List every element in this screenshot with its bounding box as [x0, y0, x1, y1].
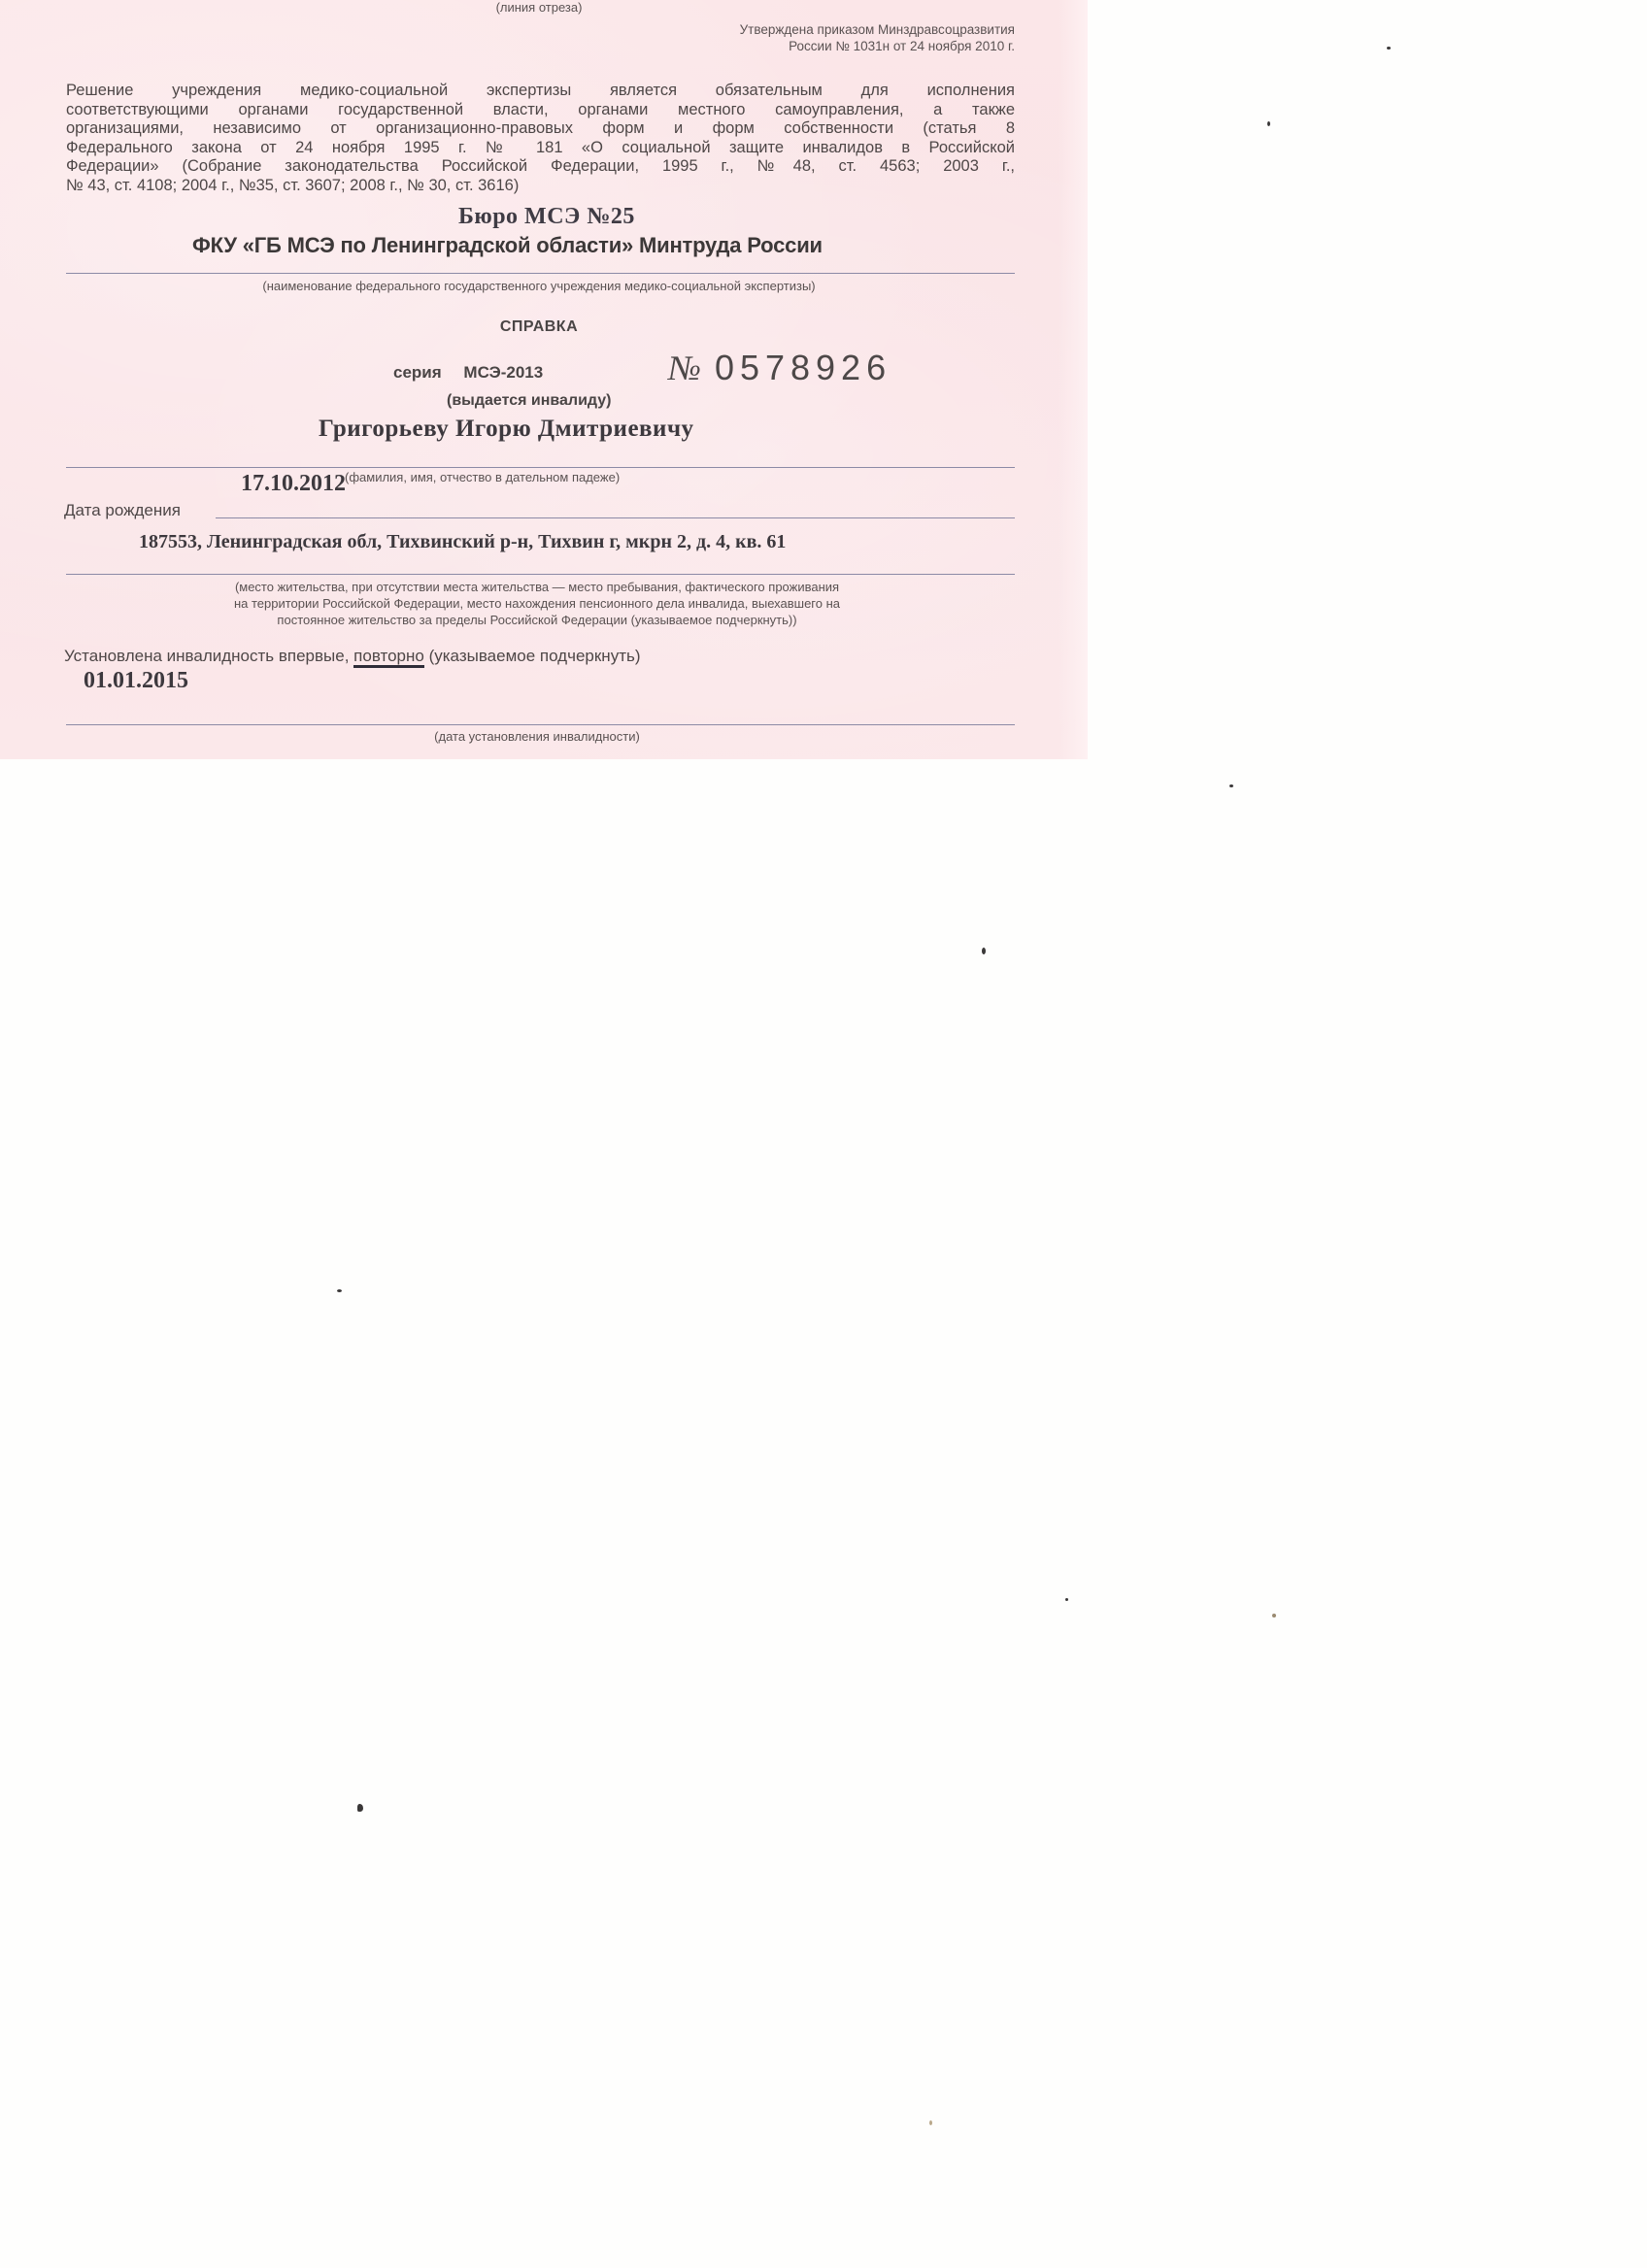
legal-line: Федерации» (Собрание законодательства Ро…: [66, 157, 1015, 177]
address-caption-line: на территории Российской Федерации, мест…: [0, 595, 1074, 612]
scan-speck: [929, 2120, 932, 2125]
bureau-stamp: Бюро МСЭ №25: [458, 204, 635, 230]
legal-line: организациями, независимо от организацио…: [66, 119, 1015, 139]
disability-option-repeat: повторно: [353, 647, 424, 668]
institution-caption: (наименование федерального государственн…: [0, 279, 1078, 293]
number-value: 0578926: [715, 348, 891, 387]
document-title: СПРАВКА: [0, 318, 1078, 336]
series-label: серия: [393, 363, 442, 382]
birth-date-rule: [216, 517, 1015, 518]
scan-speck: [1267, 121, 1270, 126]
birth-date-value: 17.10.2012: [241, 471, 346, 497]
legal-line: № 43, ст. 4108; 2004 г., №35, ст. 3607; …: [66, 177, 1015, 196]
disability-date-value: 01.01.2015: [84, 668, 188, 694]
address-rule: [66, 574, 1015, 575]
certificate-number: №0578926: [668, 348, 891, 388]
certificate-form: (линия отреза) Утверждена приказом Минзд…: [0, 0, 1088, 759]
disability-date-rule: [66, 724, 1015, 725]
approval-note: Утверждена приказом Минздравсоцразвития …: [740, 21, 1015, 54]
series-value: МСЭ-2013: [463, 363, 543, 382]
scan-speck: [1065, 1598, 1068, 1601]
legal-line: Федерального закона от 24 ноября 1995 г.…: [66, 139, 1015, 158]
name-rule: [66, 467, 1015, 468]
disability-established-prefix: Установлена инвалидность впервые,: [64, 647, 349, 665]
series-row: серия МСЭ-2013: [393, 363, 543, 383]
disability-established-row: Установлена инвалидность впервые, повтор…: [64, 647, 641, 666]
institution-rule: [66, 273, 1015, 274]
scan-speck: [337, 1289, 342, 1292]
cut-line-label: (линия отреза): [0, 0, 1078, 15]
scan-speck: [1387, 47, 1391, 50]
approval-line-2: России № 1031н от 24 ноября 2010 г.: [740, 38, 1015, 54]
address-caption-line: постоянное жительство за пределы Российс…: [0, 612, 1074, 628]
address-value: 187553, Ленинградская обл, Тихвинский р-…: [139, 531, 786, 553]
name-caption: (фамилия, имя, отчество в дательном паде…: [345, 470, 620, 484]
institution-name: ФКУ «ГБ МСЭ по Ленинградской области» Ми…: [192, 233, 823, 258]
scan-speck: [1229, 784, 1233, 787]
scan-speck: [982, 948, 986, 954]
legal-line: соответствующими органами государственно…: [66, 101, 1015, 120]
legal-line: Решение учреждения медико-социальной экс…: [66, 82, 1015, 101]
birth-date-label: Дата рождения: [64, 501, 181, 520]
disability-date-caption: (дата установления инвалидности): [0, 729, 1074, 744]
scan-speck: [357, 1804, 363, 1812]
scan-speck: [1272, 1614, 1276, 1618]
address-caption: (место жительства, при отсутствии места …: [0, 579, 1074, 628]
address-caption-line: (место жительства, при отсутствии места …: [0, 579, 1074, 595]
legal-paragraph: Решение учреждения медико-социальной экс…: [66, 82, 1015, 195]
number-sign: №: [668, 349, 701, 387]
recipient-name: Григорьеву Игорю Дмитриевичу: [319, 416, 694, 443]
issued-to-label: (выдается инвалиду): [447, 392, 611, 410]
approval-line-1: Утверждена приказом Минздравсоцразвития: [740, 21, 1015, 38]
disability-established-suffix: (указываемое подчеркнуть): [429, 647, 641, 665]
